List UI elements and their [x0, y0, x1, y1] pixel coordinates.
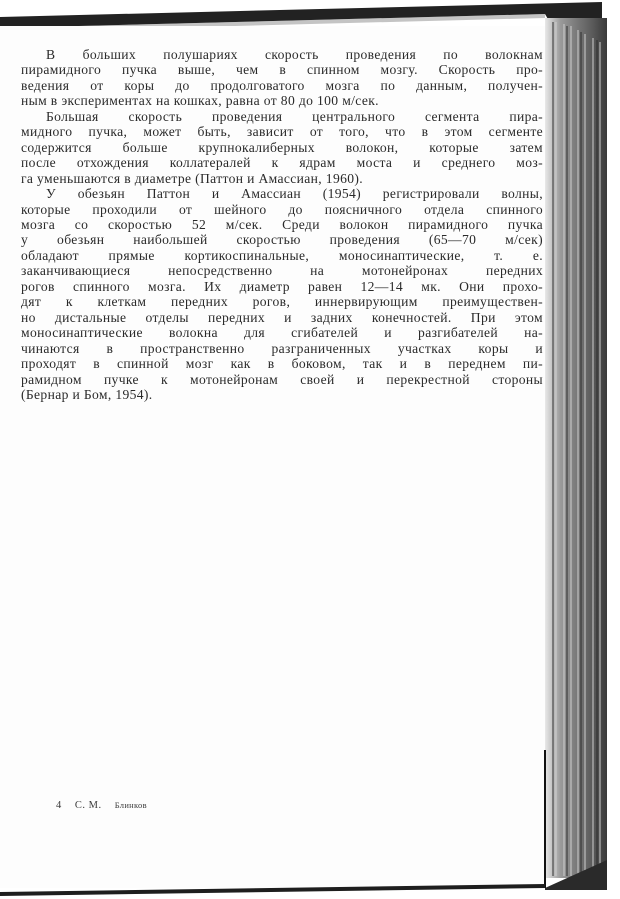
text-line: которые проходили от шейного до поясничн…: [21, 202, 543, 217]
text-line: дят к клеткам передних рогов, иннервирую…: [21, 294, 543, 309]
author-initials: С. М.: [75, 800, 102, 811]
text-line: у обезьян наибольшей скоростью проведени…: [21, 232, 543, 247]
text-line: чинаются в пространственно разграниченны…: [21, 341, 543, 356]
text-line: мидного пучка, может быть, зависит от то…: [21, 124, 543, 139]
text-line: рогов спинного мозга. Их диаметр равен 1…: [21, 279, 543, 294]
text-line: содержится больше крупнокалиберных волок…: [21, 140, 543, 155]
page-number: 4: [56, 800, 62, 811]
text-line: В больших полушариях скорость проведения…: [21, 47, 543, 62]
text-line: пирамидного пучка выше, чем в спинном мо…: [21, 62, 543, 77]
text-line: рамидном пучке к мотонейронам своей и пе…: [21, 372, 543, 387]
author-name: Блинков: [115, 800, 147, 810]
text-line: У обезьян Паттон и Амассиан (1954) регис…: [21, 186, 543, 201]
text-line: ведения от коры до продолговатого мозга …: [21, 78, 543, 93]
text-line: мозга со скоростью 52 м/сек. Среди волок…: [21, 217, 543, 232]
text-line: заканчивающиеся непосредственно на мотон…: [21, 263, 543, 278]
text-line: проходят в спинной мозг как в боковом, т…: [21, 356, 543, 371]
text-line: га уменьшаются в диаметре (Паттон и Амас…: [21, 171, 543, 186]
text-line: Большая скорость проведения центрального…: [21, 109, 543, 124]
text-line: ным в экспериментах на кошках, равна от …: [21, 93, 543, 108]
book-bottom-edge: [0, 860, 620, 899]
text-line: моносинаптические волокна для сгибателей…: [21, 325, 543, 340]
text-line: (Бернар и Бом, 1954).: [21, 387, 543, 402]
text-line: после отхождения коллатералей к ядрам мо…: [21, 155, 543, 170]
text-line: но дистальные отделы передних и задних к…: [21, 310, 543, 325]
body-text: В больших полушариях скорость проведения…: [21, 47, 543, 402]
page-footer: 4 С. М. Блинков: [56, 800, 157, 811]
page-stack-edge: [540, 10, 620, 890]
text-line: обладают прямые кортикоспинальные, монос…: [21, 248, 543, 263]
